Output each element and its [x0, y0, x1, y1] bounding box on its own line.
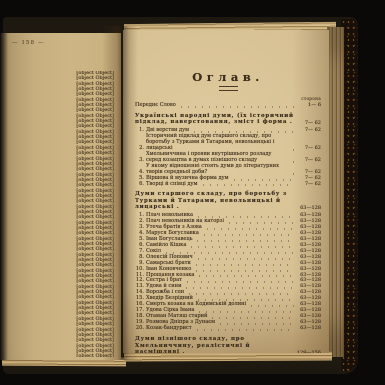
toc-item-title: Історичний підклад дум старшого складу, …	[146, 134, 288, 152]
left-page-text: [object Object] [object Object] [object …	[0, 71, 114, 357]
dot-leader	[193, 268, 294, 273]
dot-leader	[196, 309, 294, 314]
dot-leader	[188, 244, 294, 249]
toc-item-number: 2.	[135, 146, 146, 152]
toc-entry: 6. Творці й співці дум 7— 62	[135, 182, 321, 188]
toc-item-pages: 7— 62	[296, 158, 321, 164]
toc-section-heading-text: Думи пізнішого складу, про Хмельниччину,…	[135, 336, 296, 353]
toc-title: Оглав.	[135, 70, 321, 84]
right-page-table-of-contents: Оглав. сторона Переднє Слово 1— 6 Україн…	[123, 30, 329, 353]
dot-leader	[186, 291, 294, 296]
toc-content: Оглав. сторона Переднє Слово 1— 6 Україн…	[135, 70, 321, 349]
left-photo-edge-shadow	[0, 33, 8, 360]
fore-edge-page-stack	[327, 27, 344, 357]
left-page-number: — 158 —	[12, 40, 44, 46]
dot-leader	[290, 171, 294, 176]
toc-section-heading: Українські народні думи, (їх історичний …	[135, 113, 321, 126]
dot-leader	[183, 285, 294, 290]
toc-entry: 4. У якому відношенні стоять думи до літ…	[135, 164, 321, 176]
toc-section-pages: 129—156	[296, 350, 321, 353]
toc-item-title: Хмельниччина і прояви внутрішнього розла…	[146, 152, 288, 164]
toc-item-pages: 7— 62	[296, 182, 321, 188]
dot-leader	[204, 226, 294, 231]
dot-leader	[231, 177, 294, 182]
dot-leader	[194, 327, 294, 332]
left-page: — 158 — [object Object] [object Object] …	[0, 33, 121, 360]
toc-item-pages: 7— 62	[296, 146, 321, 152]
toc-section-pages: 7— 62	[296, 120, 321, 126]
toc-item-pages: 7— 62	[296, 128, 321, 134]
toc-section-heading-text: Українські народні думи, (їх історичний …	[135, 113, 296, 126]
toc-section-pages: 63—128	[296, 205, 321, 211]
text-line: [object Object]	[0, 354, 114, 357]
dot-leader	[193, 262, 294, 267]
dot-leader	[194, 238, 294, 243]
toc-entry: 3. Хмельниччина і прояви внутрішнього ро…	[135, 152, 321, 164]
toc-item-number: 3.	[135, 158, 146, 164]
dot-leader	[248, 303, 294, 308]
toc-section-heading: Думи пізнішого складу, про Хмельниччину,…	[135, 336, 321, 353]
dot-leader	[290, 159, 294, 164]
dot-leader	[201, 232, 294, 237]
dot-leader	[200, 182, 295, 187]
toc-item-number: 6.	[135, 182, 146, 188]
toc-item-pages: 1— 6	[296, 103, 321, 109]
toc-item-number: 1.	[135, 128, 146, 134]
dot-leader	[209, 315, 294, 320]
dot-leader	[196, 273, 294, 278]
toc-item-title: Переднє Слово	[135, 103, 176, 109]
dot-leader	[195, 256, 294, 261]
toc-item-title: Творці й співці дум	[146, 182, 198, 188]
dot-leader	[290, 147, 294, 152]
toc-section-heading-text: Думи старшого складу, про боротьбу з Тур…	[135, 191, 296, 211]
dot-leader	[178, 104, 294, 109]
dot-leader	[217, 321, 294, 326]
toc-item-title: У якому відношенні стоять думи до літера…	[146, 164, 288, 176]
dot-leader	[184, 279, 294, 284]
page-column-header: сторона	[135, 96, 321, 101]
book-photograph: — 158 — [object Object] [object Object] …	[0, 0, 385, 385]
title-ornament-rule	[219, 86, 238, 91]
toc-entry: 20. Козак-бандурист 63—128	[135, 326, 321, 332]
toc-entry: 6. Самійло Кішка 63—128	[135, 243, 321, 249]
toc-item-title: Козак-бандурист	[146, 326, 192, 332]
dot-leader	[226, 220, 294, 225]
toc-entry-front-word: Переднє Слово 1— 6	[135, 103, 321, 109]
toc-item-number: 20.	[135, 326, 146, 332]
toc-item-pages: 63—128	[296, 326, 321, 332]
toc-section-heading: Думи старшого складу, про боротьбу з Тур…	[135, 191, 321, 211]
toc-entry: 2. Історичний підклад дум старшого склад…	[135, 134, 321, 152]
